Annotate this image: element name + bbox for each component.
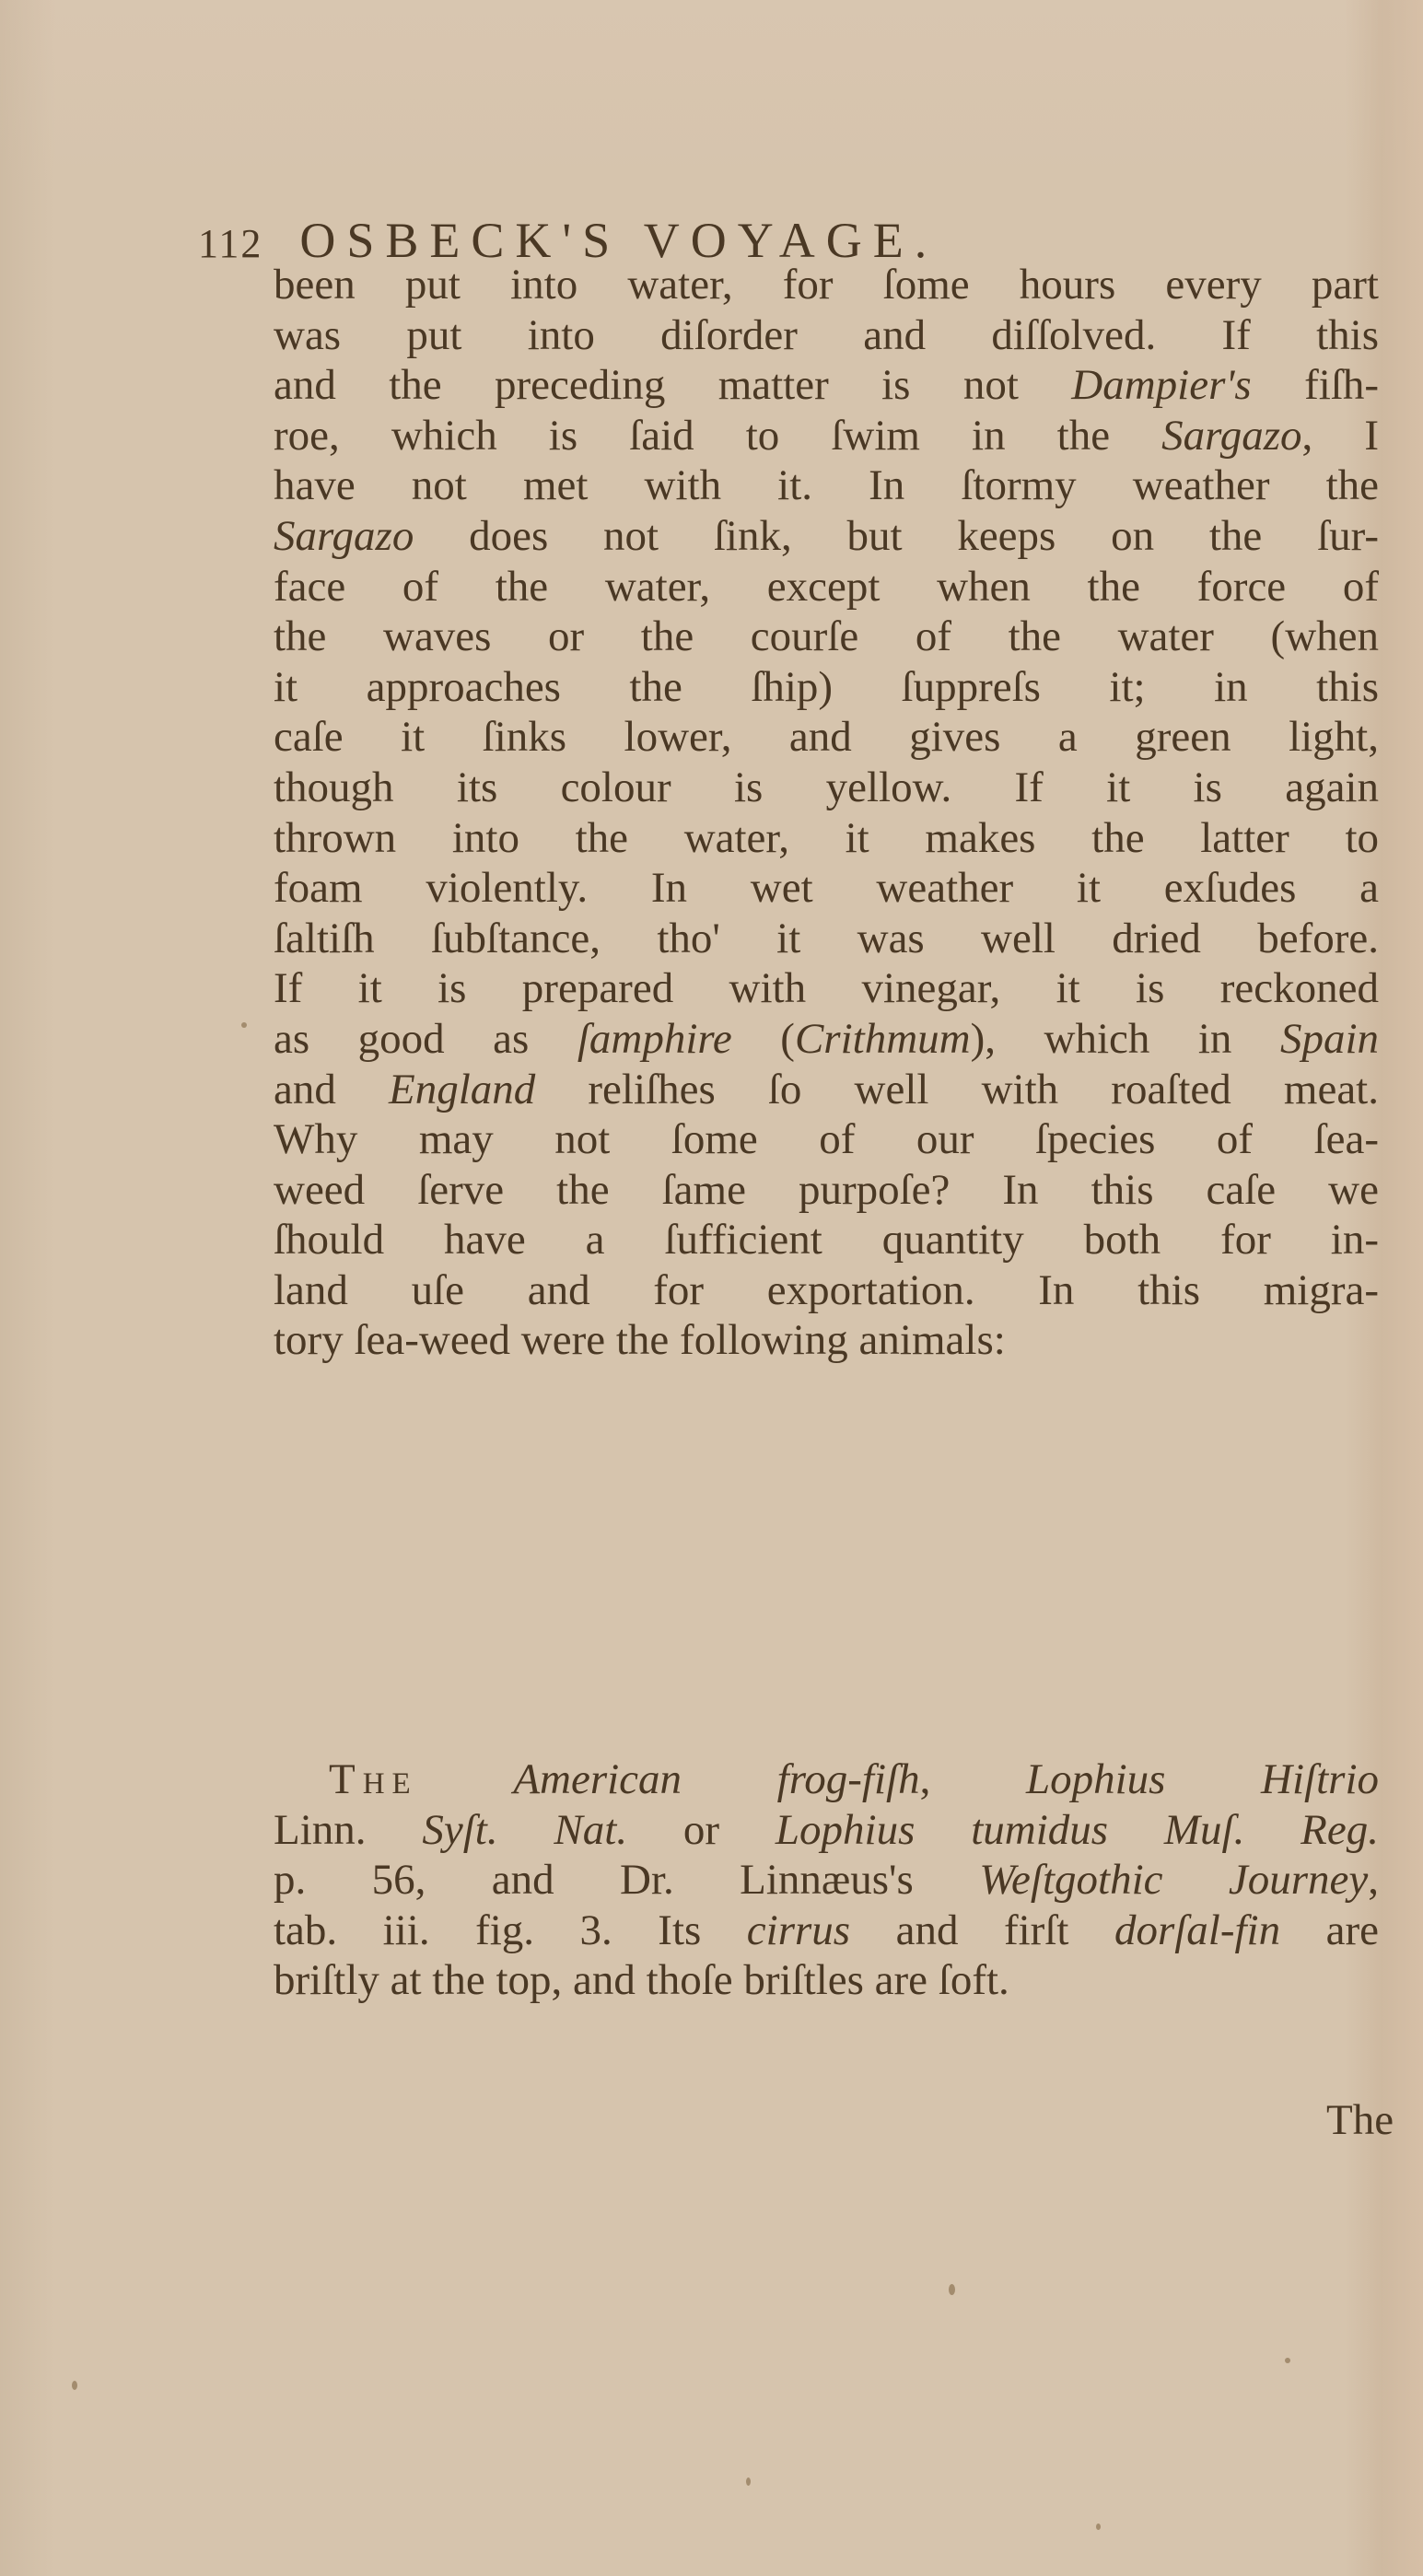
text-line: have not met with it. In ſtormy weather … [274, 460, 1379, 511]
text-line: the waves or the courſe of the water (wh… [274, 612, 1379, 662]
text-line: as good as ſamphire (Crithmum), which in… [274, 1014, 1379, 1065]
italic-term: England [389, 1066, 535, 1113]
paper-speck [241, 1022, 247, 1028]
small-caps-word: The [329, 1755, 418, 1803]
italic-term: Lophius Hiſtrio [1026, 1755, 1379, 1803]
text-line: roe, which is ſaid to ſwim in the Sargaz… [274, 411, 1379, 461]
text-line: If it is prepared with vinegar, it is re… [274, 963, 1379, 1014]
paper-speck [1096, 2524, 1101, 2530]
paper-speck [72, 2381, 77, 2390]
text-line: ſhould have a ſufficient quantity both f… [274, 1215, 1379, 1265]
italic-term: Dampier's [1071, 361, 1251, 409]
italic-term: Sargazo [274, 512, 414, 560]
italic-term: Syſt. Nat. [422, 1806, 627, 1854]
text-line: p. 56, and Dr. Linnæus's Weſtgothic Jour… [274, 1855, 1379, 1906]
italic-term: American frog-fiſh [513, 1755, 919, 1803]
text-line: though its colour is yellow. If it is ag… [274, 763, 1379, 813]
paper-speck [949, 2284, 955, 2295]
text-line: Sargazo does not ſink, but keeps on the … [274, 511, 1379, 562]
catchword: The [1326, 2095, 1394, 2145]
text-line: been put into water, for ſome hours ever… [274, 260, 1379, 310]
text-line: briſtly at the top, and thoſe briſtles a… [274, 1955, 1379, 2006]
italic-term: Sargazo [1161, 412, 1301, 460]
italic-term: Weſtgothic Journey [979, 1856, 1368, 1904]
italic-term: Crithmum [795, 1015, 971, 1063]
body-paragraph-2: The American frog-fiſh, Lophius HiſtrioL… [274, 1754, 1379, 2006]
page-number: 112 [198, 220, 262, 267]
paper-speck [1285, 2358, 1290, 2363]
text-line: ſaltiſh ſubſtance, tho' it was well drie… [274, 914, 1379, 964]
text-line: and the preceding matter is not Dampier'… [274, 360, 1379, 411]
text-line: tab. iii. fig. 3. Its cirrus and firſt d… [274, 1906, 1379, 1956]
text-line: and England reliſhes ſo well with roaſte… [274, 1065, 1379, 1115]
text-line: land uſe and for exportation. In this mi… [274, 1265, 1379, 1316]
text-line: caſe it ſinks lower, and gives a green l… [274, 712, 1379, 763]
text-line: The American frog-fiſh, Lophius Hiſtrio [274, 1754, 1379, 1805]
text-line: Why may not ſome of our ſpecies of ſea- [274, 1114, 1379, 1165]
text-line: foam violently. In wet weather it exſude… [274, 863, 1379, 914]
text-line: face of the water, except when the force… [274, 562, 1379, 612]
text-line: thrown into the water, it makes the latt… [274, 813, 1379, 864]
text-line: was put into diſorder and diſſolved. If … [274, 310, 1379, 361]
running-head: 112 OSBECK'S VOYAGE. [198, 212, 1211, 267]
italic-term: Spain [1280, 1015, 1379, 1063]
text-line: Linn. Syſt. Nat. or Lophius tumidus Muſ.… [274, 1805, 1379, 1856]
text-line: tory ſea-weed were the following animals… [274, 1315, 1379, 1366]
paper-speck [746, 2477, 751, 2486]
text-line: weed ſerve the ſame purpoſe? In this caſ… [274, 1165, 1379, 1216]
italic-term: dorſal-fin [1114, 1906, 1280, 1954]
body-paragraph-1: been put into water, for ſome hours ever… [274, 260, 1379, 1366]
italic-term: ſamphire [577, 1015, 732, 1063]
book-page: 112 OSBECK'S VOYAGE. been put into water… [0, 0, 1423, 2576]
italic-term: Lophius tumidus Muſ. Reg. [776, 1806, 1379, 1854]
text-line: it approaches the ſhip) ſuppreſs it; in … [274, 662, 1379, 713]
italic-term: cirrus [747, 1906, 850, 1954]
